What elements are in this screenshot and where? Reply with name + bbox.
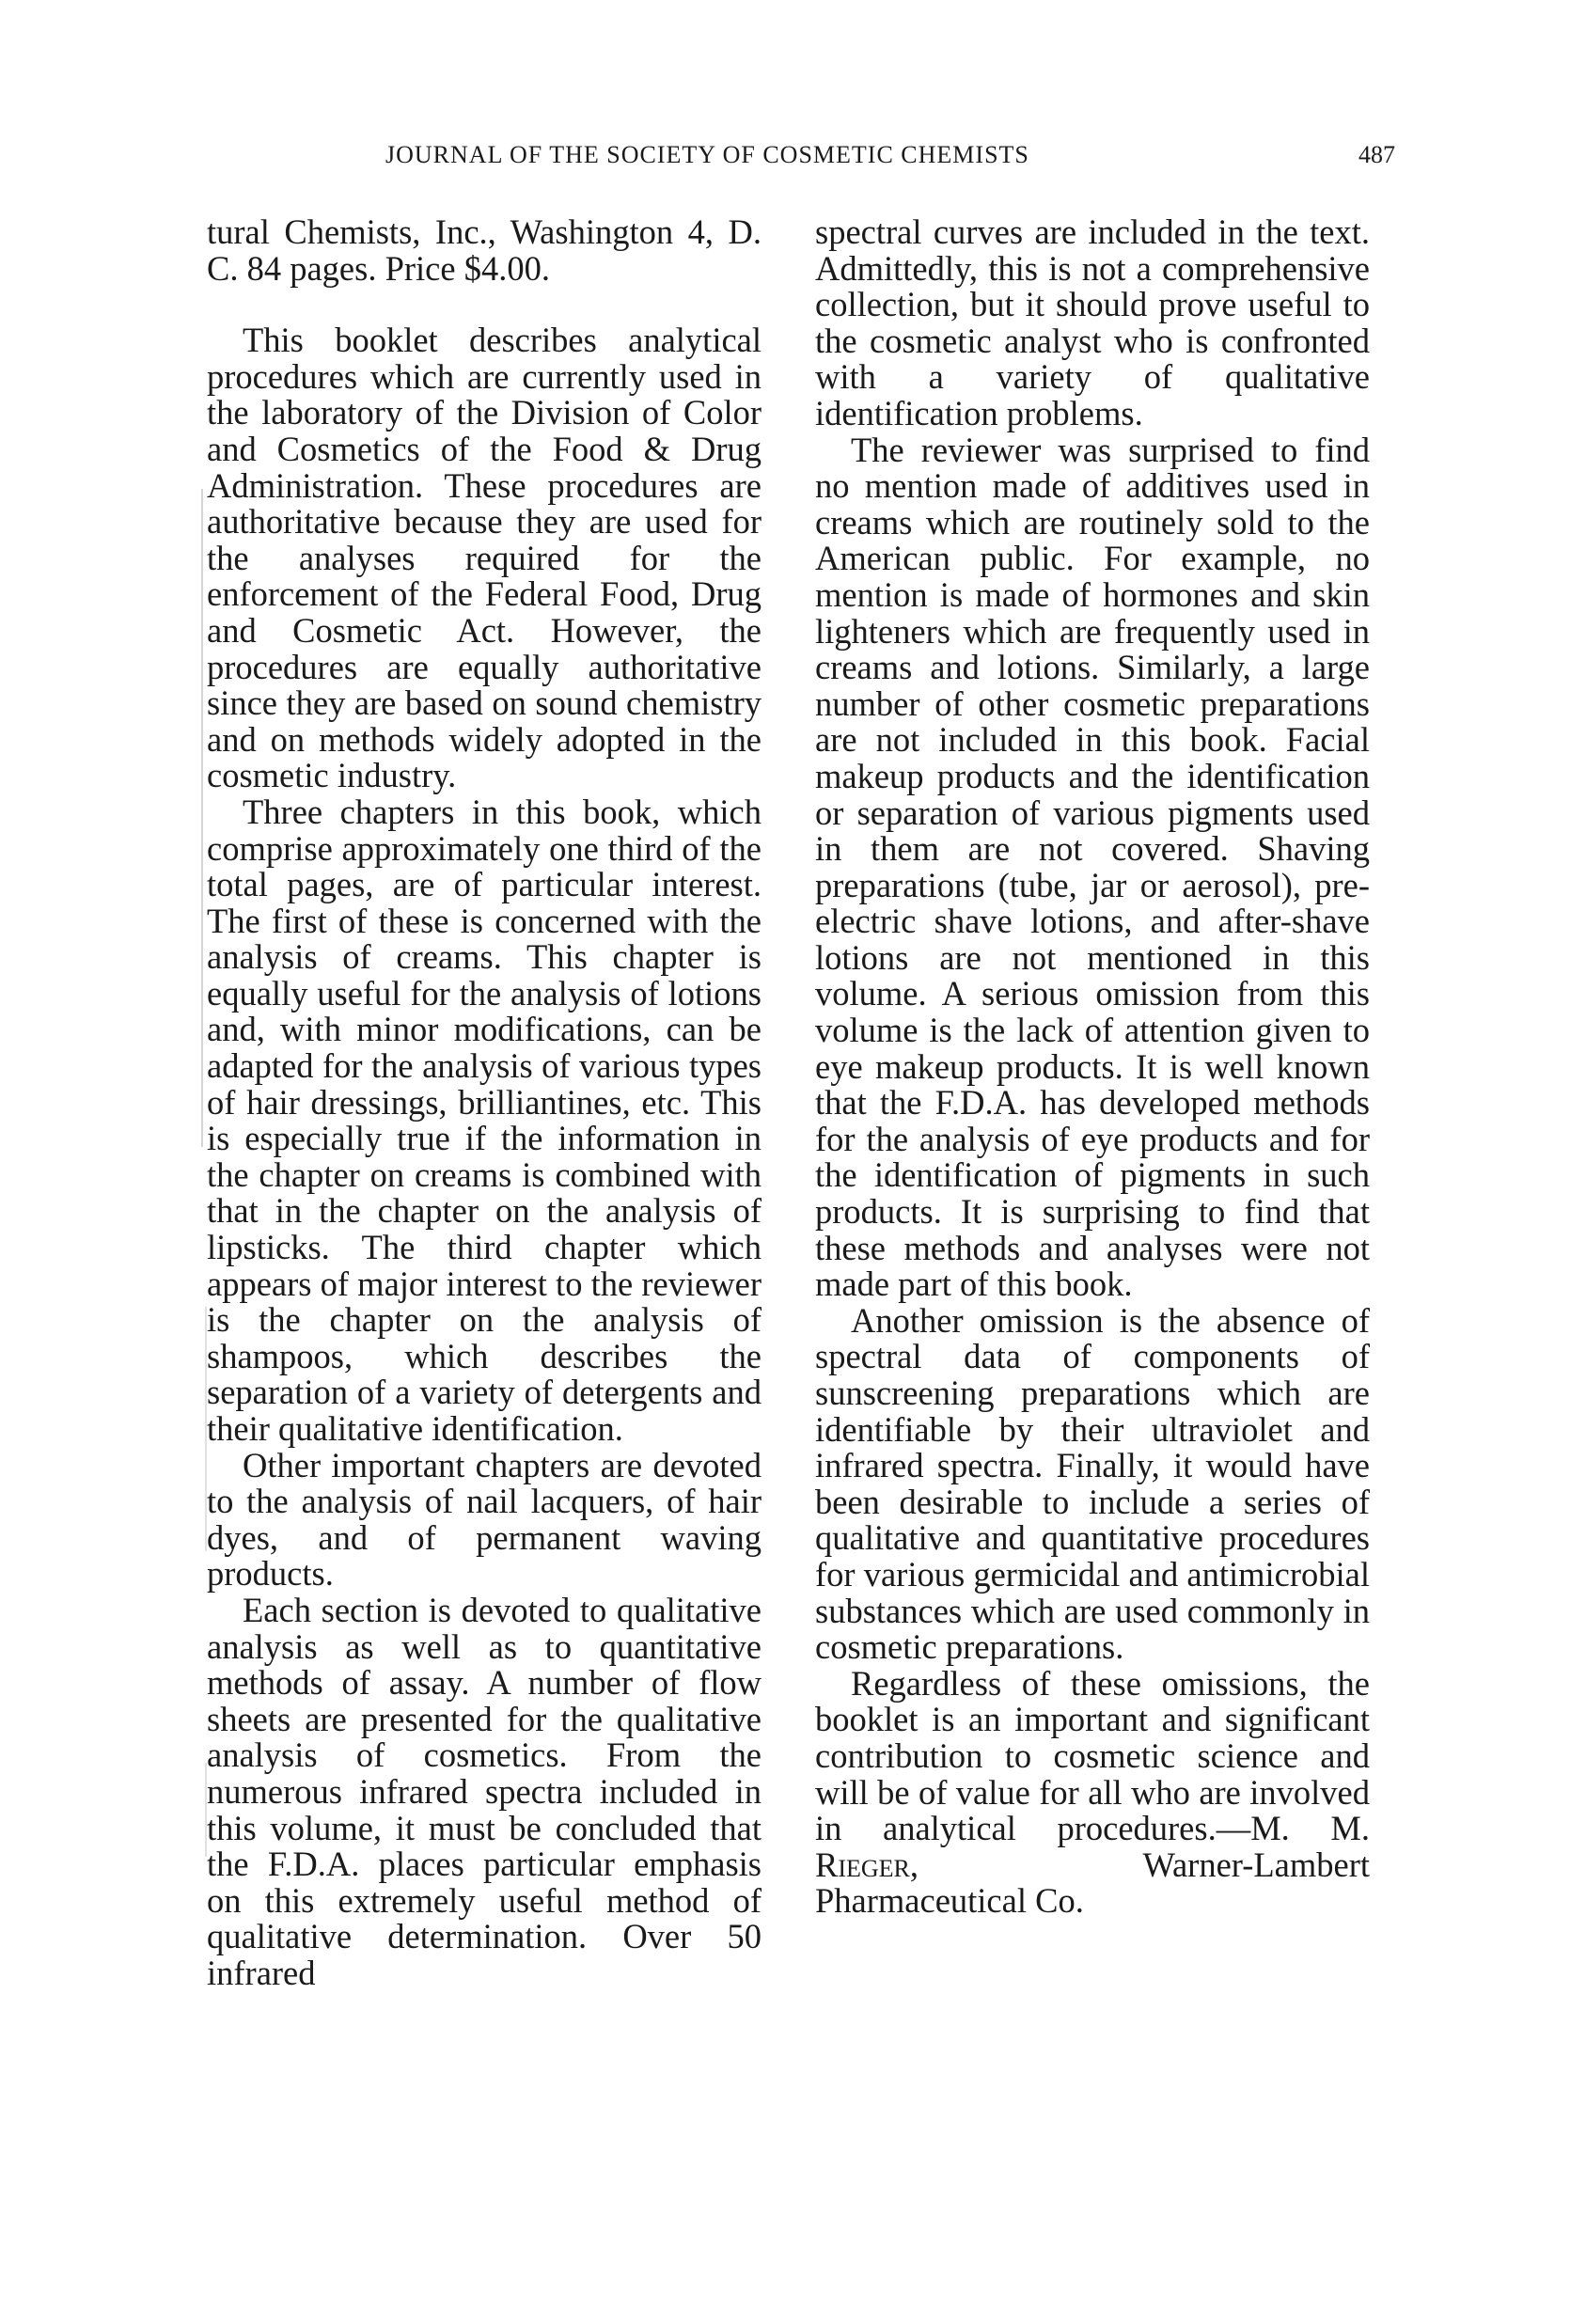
- reviewer-name: Rieger: [815, 1845, 910, 1884]
- closing-paragraph: Regardless of these omissions, the bookl…: [815, 1666, 1370, 1920]
- citation-continuation: tural Chemists, Inc., Washington 4, D. C…: [207, 214, 762, 287]
- continuation-paragraph: spectral curves are included in the text…: [815, 214, 1370, 432]
- running-head: Journal of the Society of Cosmetic Chemi…: [0, 141, 1586, 179]
- review-paragraph: The reviewer was surprised to find no me…: [815, 432, 1370, 1303]
- scan-margin-mark: [201, 489, 203, 1147]
- page-number: 487: [1358, 141, 1395, 169]
- right-column: spectral curves are included in the text…: [815, 214, 1370, 1920]
- review-paragraph: This booklet describes analytical proced…: [207, 322, 762, 794]
- left-column: tural Chemists, Inc., Washington 4, D. C…: [207, 214, 762, 1992]
- review-paragraph: Each section is devoted to qualitative a…: [207, 1593, 762, 1992]
- signature-prefix: —M. M.: [1217, 1809, 1370, 1847]
- review-paragraph: Other important chapters are devoted to …: [207, 1448, 762, 1593]
- review-paragraph: Three chapters in this book, which compr…: [207, 794, 762, 1448]
- journal-title: Journal of the Society of Cosmetic Chemi…: [385, 141, 1029, 169]
- review-paragraph: Another omission is the absence of spect…: [815, 1303, 1370, 1666]
